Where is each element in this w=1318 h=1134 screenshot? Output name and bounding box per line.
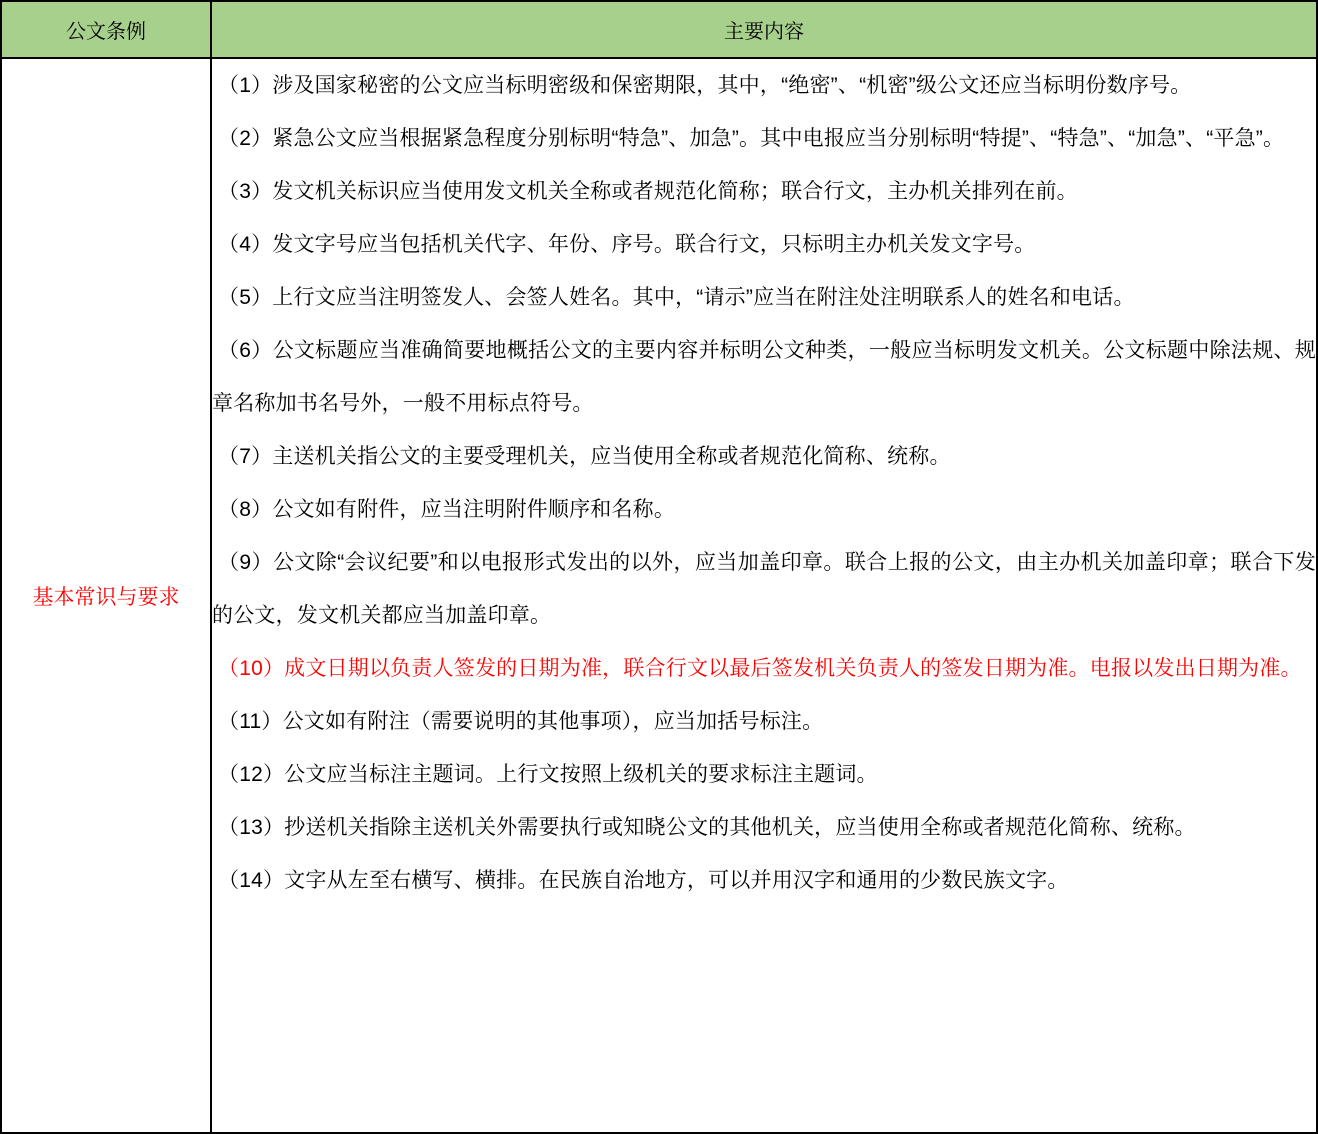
category-cell: 基本常识与要求 xyxy=(1,58,211,1133)
header-cell-regulation: 公文条例 xyxy=(1,1,211,58)
content-paragraph: （11）公文如有附注（需要说明的其他事项），应当加括号标注。 xyxy=(212,695,1316,748)
content-paragraph: （3）发文机关标识应当使用发文机关全称或者规范化简称；联合行文，主办机关排列在前… xyxy=(212,165,1316,218)
header-row: 公文条例 主要内容 xyxy=(1,1,1317,58)
table-row: 基本常识与要求 （1）涉及国家秘密的公文应当标明密级和保密期限，其中，“绝密”、… xyxy=(1,58,1317,1133)
content-cell: （1）涉及国家秘密的公文应当标明密级和保密期限，其中，“绝密”、“机密”级公文还… xyxy=(211,58,1317,1133)
content-paragraph: （8）公文如有附件，应当注明附件顺序和名称。 xyxy=(212,483,1316,536)
content-paragraph: （6）公文标题应当准确简要地概括公文的主要内容并标明公文种类，一般应当标明发文机… xyxy=(212,324,1316,430)
header-cell-main-content: 主要内容 xyxy=(211,1,1317,58)
content-paragraph: （5）上行文应当注明签发人、会签人姓名。其中，“请示”应当在附注处注明联系人的姓… xyxy=(212,271,1316,324)
regulation-table: 公文条例 主要内容 基本常识与要求 （1）涉及国家秘密的公文应当标明密级和保密期… xyxy=(0,0,1318,1134)
content-paragraph: （9）公文除“会议纪要”和以电报形式发出的以外，应当加盖印章。联合上报的公文，由… xyxy=(212,536,1316,642)
content-paragraph: （2）紧急公文应当根据紧急程度分别标明“特急”、加急”。其中电报应当分别标明“特… xyxy=(212,112,1316,165)
content-paragraph: （7）主送机关指公文的主要受理机关，应当使用全称或者规范化简称、统称。 xyxy=(212,430,1316,483)
content-paragraph: （13）抄送机关指除主送机关外需要执行或知晓公文的其他机关，应当使用全称或者规范… xyxy=(212,801,1316,854)
content-paragraph: （14）文字从左至右横写、横排。在民族自治地方，可以并用汉字和通用的少数民族文字… xyxy=(212,854,1316,907)
content-paragraphs: （1）涉及国家秘密的公文应当标明密级和保密期限，其中，“绝密”、“机密”级公文还… xyxy=(212,59,1316,907)
content-paragraph: （12）公文应当标注主题词。上行文按照上级机关的要求标注主题词。 xyxy=(212,748,1316,801)
content-paragraph: （10）成文日期以负责人签发的日期为准，联合行文以最后签发机关负责人的签发日期为… xyxy=(212,642,1316,695)
content-paragraph: （4）发文字号应当包括机关代字、年份、序号。联合行文，只标明主办机关发文字号。 xyxy=(212,218,1316,271)
content-paragraph: （1）涉及国家秘密的公文应当标明密级和保密期限，其中，“绝密”、“机密”级公文还… xyxy=(212,59,1316,112)
category-label: 基本常识与要求 xyxy=(33,586,180,609)
